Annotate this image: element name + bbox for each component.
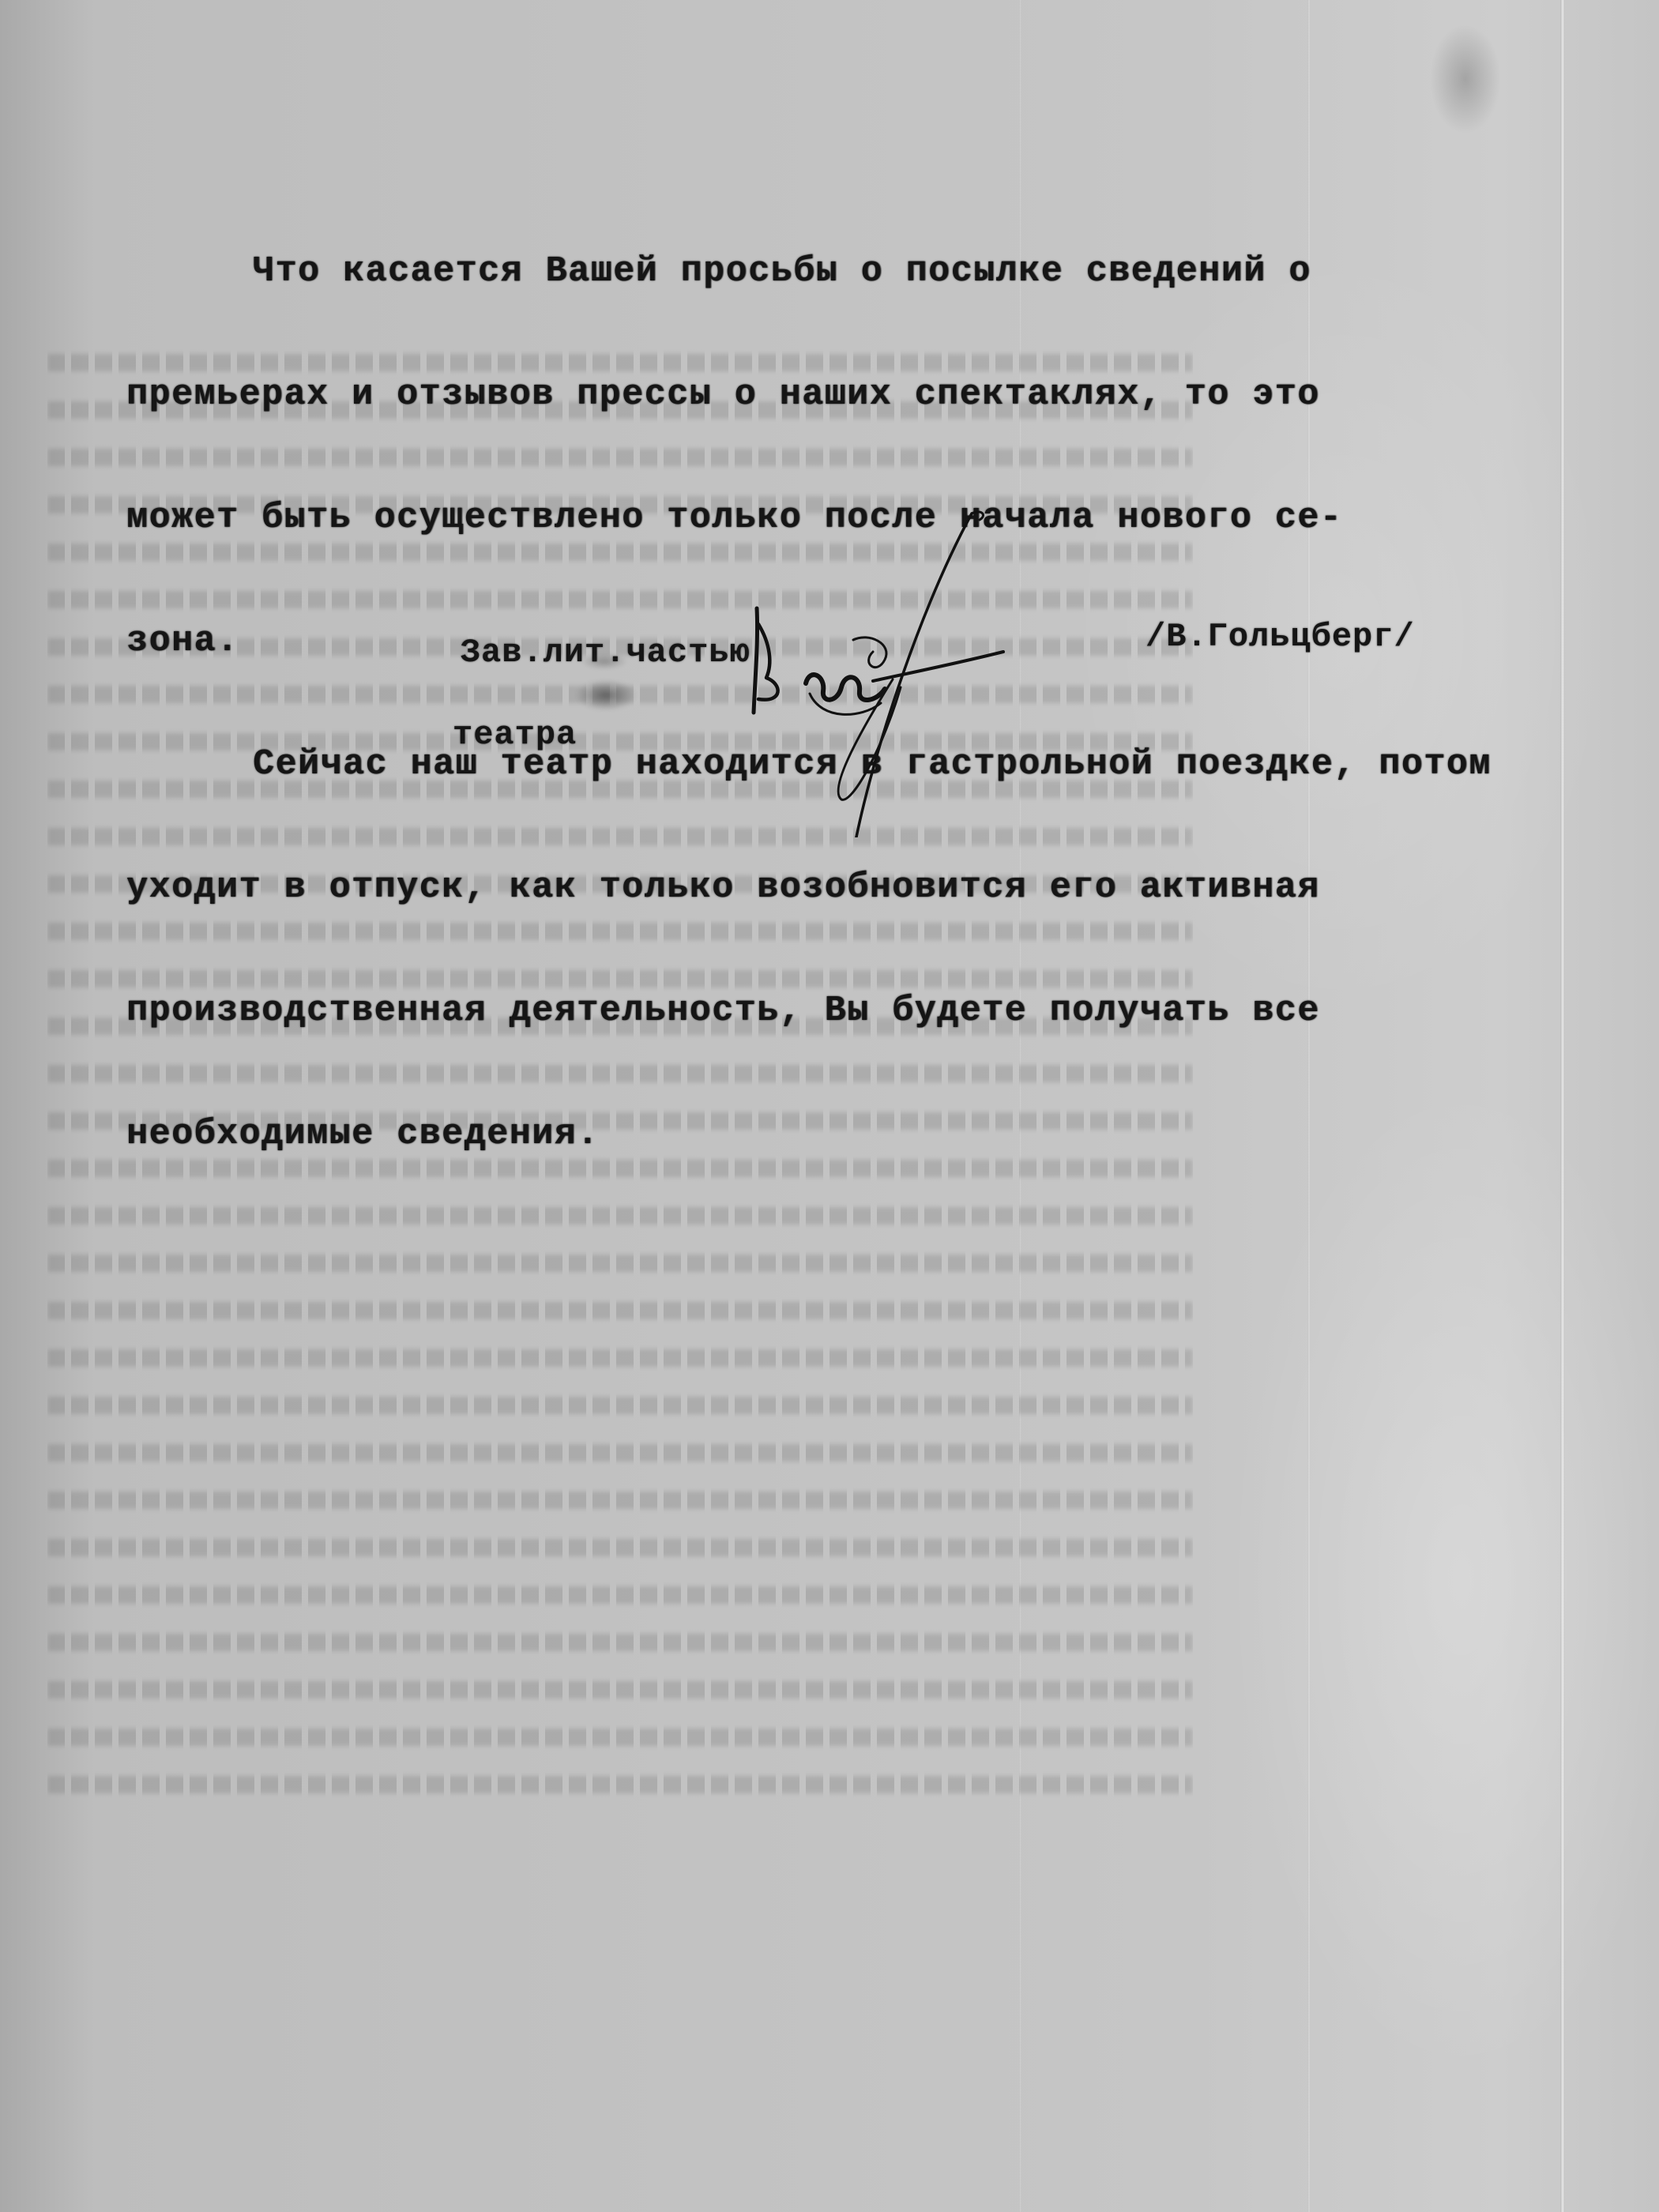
paragraph-2-line-4: необходимые сведения. — [126, 1114, 1492, 1155]
scanned-letter-page: Что касается Вашей просьбы о посылке све… — [0, 0, 1659, 2212]
ink-smudge — [575, 679, 637, 711]
paper-fold — [1560, 0, 1565, 2212]
ink-smudge — [581, 653, 628, 670]
signatory-title-line-2: театра — [378, 714, 750, 755]
paragraph-2-line-3: производственная деятельность, Вы будете… — [126, 991, 1492, 1032]
signatory-name: /В.Гольцберг/ — [1145, 618, 1415, 656]
paragraph-1-line-2: премьерах и отзывов прессы о наших спект… — [126, 374, 1492, 416]
signatory-title: Зав.лит.частью театра — [378, 591, 750, 837]
paper-stain — [1430, 24, 1501, 134]
paragraph-2-line-2: уходит в отпуск, как только возобновится… — [126, 867, 1492, 908]
handwritten-signature — [735, 506, 1090, 837]
paragraph-1-line-1: Что касается Вашей просьбы о посылке све… — [126, 251, 1492, 292]
